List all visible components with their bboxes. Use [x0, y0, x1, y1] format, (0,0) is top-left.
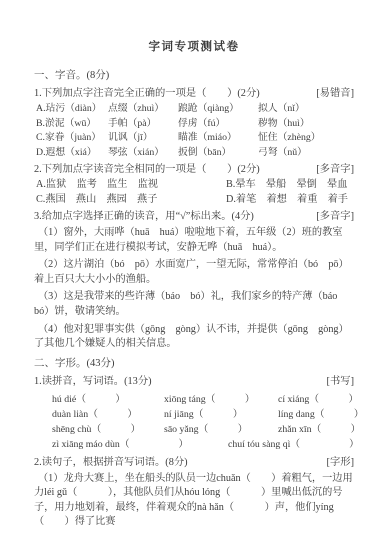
- pinyin-item: líng dang（ ）: [278, 407, 364, 422]
- pinyin-item: zì xiāng máo dùn（ ）: [52, 437, 228, 452]
- pinyin-row-4: zì xiāng máo dùn（ ） chuí tóu sàng qì（ ）: [52, 437, 354, 452]
- s2-q2-sentence-1: （1）龙舟大赛上，坐在船头的队员一边chuǎn（ ）着粗气，一边用力léi gǔ…: [34, 472, 354, 530]
- option-word: 家眷（juàn）: [45, 132, 101, 143]
- pinyin-item: chuí tóu sàng qì（ ）: [228, 437, 359, 452]
- q2-option-row-ab: A.监狱 监考 监生 监视 B.晕车 晕船 晕倒 晕血: [36, 177, 354, 192]
- q3-stem: 3.给加点字选择正确的读音，用“√”标出来。(4分): [34, 209, 254, 224]
- option-word: 淤泥（wū）: [45, 118, 96, 129]
- q1-option-c-item-1: C.家眷（juàn）: [36, 131, 108, 146]
- q2-option-c: C.燕国 燕山 燕园 燕子: [36, 192, 226, 207]
- pinyin-item: xiōng táng（ ）: [164, 392, 278, 407]
- q2-option-d: D.着笔 着想 着重 着手: [226, 192, 354, 207]
- q2-option-b: B.晕车 晕船 晕倒 晕血: [226, 177, 354, 192]
- q3-stem-row: 3.给加点字选择正确的读音，用“√”标出来。(4分) [多音字]: [34, 209, 354, 224]
- q2-option-a: A.监狱 监考 监生 监视: [36, 177, 226, 192]
- pinyin-item: zhǎn xīn（ ）: [278, 422, 360, 437]
- q2-tag: [多音字]: [316, 162, 354, 177]
- q3-sentence-2: （2）这片湖泊（bó pō）水面宽广，一望无际，常常停泊（bó pō）着上百只大…: [34, 258, 354, 287]
- q1-option-b-item-2: 手帕（pà）: [108, 117, 178, 132]
- page-title: 字词专项测试卷: [34, 38, 354, 54]
- q1-option-d-item-1: D.遐想（xiá）: [36, 146, 108, 161]
- q1-option-row-d: D.遐想（xiá） 琴弦（xián） 扳倒（bān） 弓弩（nǔ）: [36, 146, 354, 161]
- q1-option-row-c: C.家眷（juàn） 讥讽（jī） 瞄准（miáo） 怔住（zhèng）: [36, 131, 354, 146]
- q1-option-a-item-4: 拟人（nǐ）: [258, 102, 354, 117]
- q1-option-a-item-1: A.玷污（diàn）: [36, 102, 108, 117]
- q1-option-c-item-4: 怔住（zhèng）: [258, 131, 354, 146]
- pinyin-item: duàn liàn（ ）: [52, 407, 164, 422]
- q1-option-row-b: B.淤泥（wū） 手帕（pà） 俘虏（fú） 秽物（huì）: [36, 117, 354, 132]
- q1-option-b-item-4: 秽物（huì）: [258, 117, 354, 132]
- q2-stem: 2.下列加点字读音完全相同的一项是（ ）(2分): [34, 162, 260, 177]
- option-word: 玷污（diàn）: [46, 103, 102, 114]
- pinyin-item: cí xiáng（ ）: [278, 392, 358, 407]
- pinyin-item: hú dié（ ）: [52, 392, 164, 407]
- s2-q2-stem: 2.读句子，根据拼音写词语。(8分): [34, 455, 188, 470]
- test-paper: 字词专项测试卷 一、字音。(8分) 1.下列加点字注音完全正确的一项是（ ）(2…: [0, 0, 382, 530]
- q1-option-d-item-4: 弓弩（nǔ）: [258, 146, 354, 161]
- q3-sentence-4: （4）他对犯罪事实供（gōng gòng）认不讳，并提供（gōng gòng）了…: [34, 323, 354, 352]
- q3-tag: [多音字]: [316, 209, 354, 224]
- section2-heading: 二、字形。(43分): [34, 356, 354, 371]
- option-word: 遐想（xiá）: [46, 147, 97, 158]
- s2-q1-stem: 1.读拼音，写词语。(13分): [34, 374, 152, 389]
- pinyin-row-2: duàn liàn（ ） ní jiāng（ ） líng dang（ ）: [52, 407, 354, 422]
- pinyin-write-block: hú dié（ ） xiōng táng（ ） cí xiáng（ ） duàn…: [52, 392, 354, 453]
- q1-stem-row: 1.下列加点字注音完全正确的一项是（ ）(2分) [易错音]: [34, 86, 354, 101]
- s2-q2-stem-row: 2.读句子，根据拼音写词语。(8分) [字形]: [34, 455, 354, 470]
- pinyin-row-1: hú dié（ ） xiōng táng（ ） cí xiáng（ ）: [52, 392, 354, 407]
- q2-option-row-cd: C.燕国 燕山 燕园 燕子 D.着笔 着想 着重 着手: [36, 192, 354, 207]
- q1-stem: 1.下列加点字注音完全正确的一项是（ ）(2分): [34, 86, 260, 101]
- q3-sentence-1: （1）窗外，大雨哗（huā huá）啦啦地下着，五年级（2）班的教室里，同学们正…: [34, 226, 354, 255]
- q1-tag: [易错音]: [316, 86, 354, 101]
- q1-option-c-item-2: 讥讽（jī）: [108, 131, 178, 146]
- pinyin-row-3: shēng chù（ ） sāo yǎng（ ） zhǎn xīn（ ）: [52, 422, 354, 437]
- q1-option-c-item-3: 瞄准（miáo）: [178, 131, 258, 146]
- q2-stem-row: 2.下列加点字读音完全相同的一项是（ ）(2分) [多音字]: [34, 162, 354, 177]
- q1-option-row-a: A.玷污（diàn） 点缀（zhuì） 踉跄（qiàng） 拟人（nǐ）: [36, 102, 354, 117]
- option-label: A.: [36, 103, 46, 114]
- option-label: B.: [36, 118, 45, 129]
- q1-option-d-item-2: 琴弦（xián）: [108, 146, 178, 161]
- q1-options: A.玷污（diàn） 点缀（zhuì） 踉跄（qiàng） 拟人（nǐ） B.淤…: [36, 102, 354, 160]
- option-label: D.: [36, 147, 46, 158]
- pinyin-item: shēng chù（ ）: [52, 422, 164, 437]
- s2-q1-tag: [书写]: [327, 374, 354, 389]
- q3-sentence-3: （3）这是我带来的些许薄（báo bó）礼，我们家乡的特产薄（báo bó）饼，…: [34, 290, 354, 319]
- pinyin-item: ní jiāng（ ）: [164, 407, 278, 422]
- q1-option-a-item-3: 踉跄（qiàng）: [178, 102, 258, 117]
- s2-q2-tag: [字形]: [327, 455, 354, 470]
- section1-heading: 一、字音。(8分): [34, 68, 354, 83]
- q1-option-a-item-2: 点缀（zhuì）: [108, 102, 178, 117]
- pinyin-item: sāo yǎng（ ）: [164, 422, 278, 437]
- q1-option-b-item-3: 俘虏（fú）: [178, 117, 258, 132]
- s2-q1-stem-row: 1.读拼音，写词语。(13分) [书写]: [34, 374, 354, 389]
- option-label: C.: [36, 132, 45, 143]
- q1-option-d-item-3: 扳倒（bān）: [178, 146, 258, 161]
- q1-option-b-item-1: B.淤泥（wū）: [36, 117, 108, 132]
